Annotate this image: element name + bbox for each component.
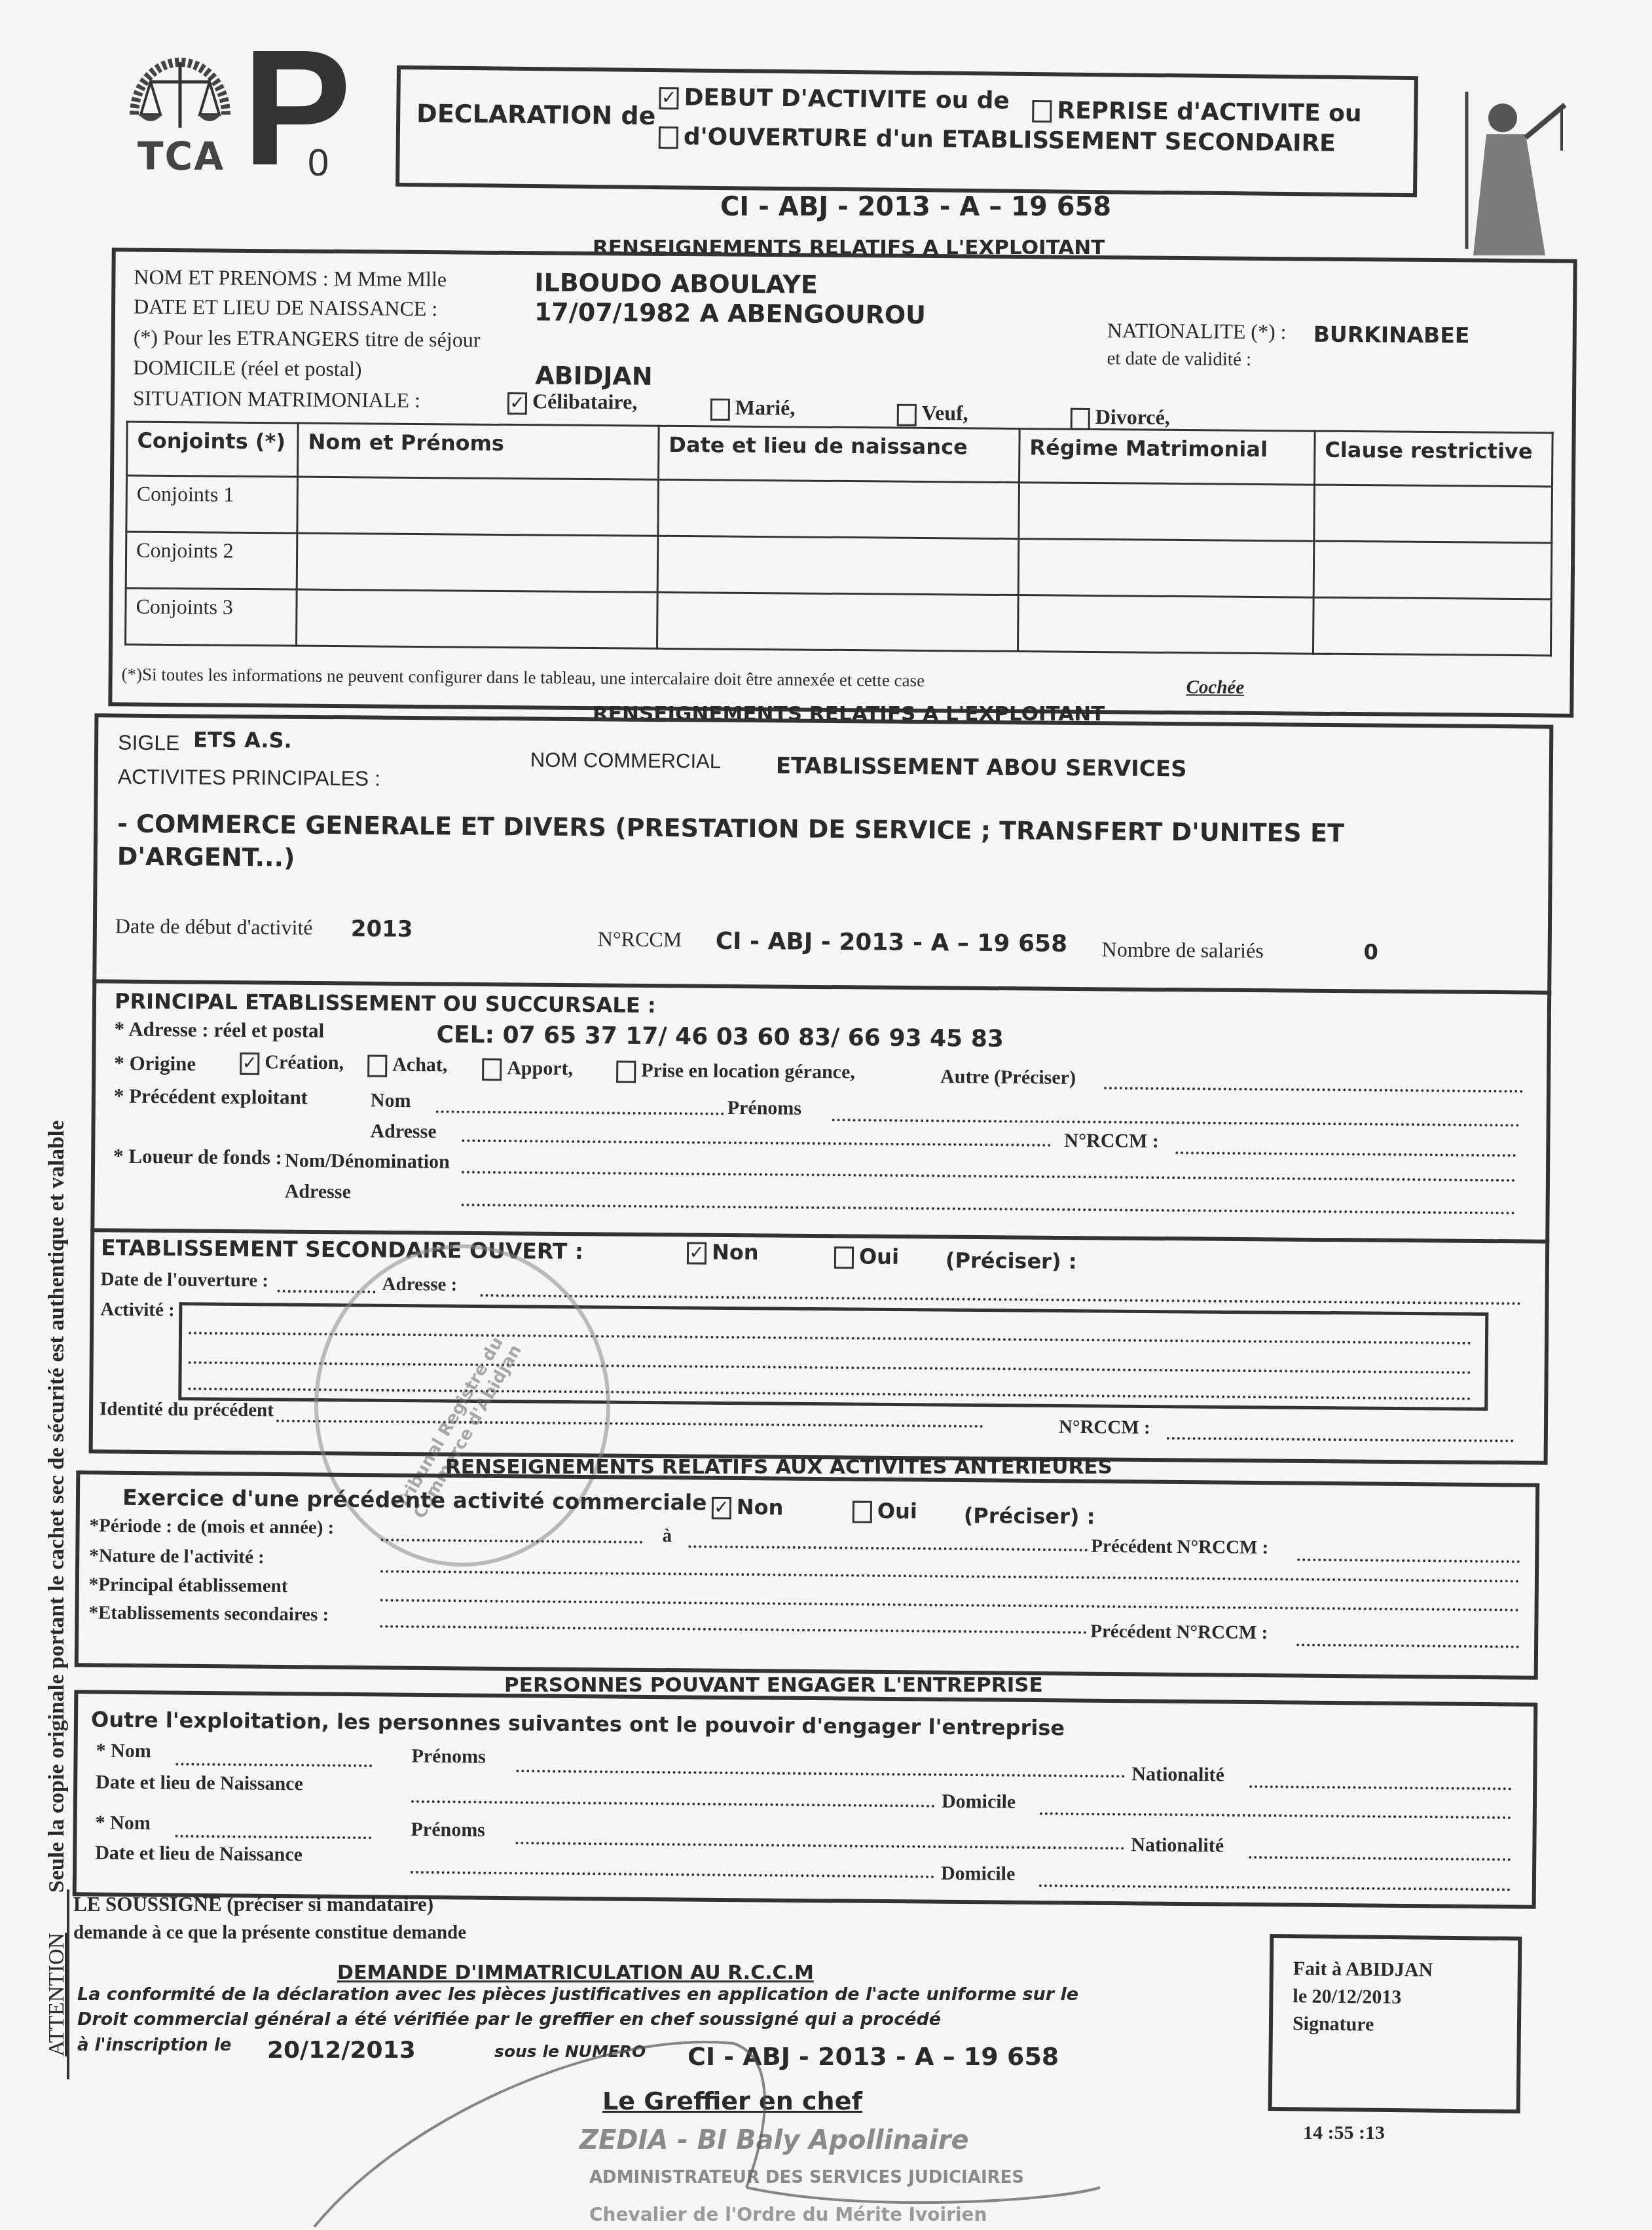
demande-label: demande à ce que la présente constitue d… [73,1922,466,1944]
col-conjoints: Conjoints (*) [127,422,299,477]
origine-achat[interactable]: Achat, [367,1054,447,1078]
checkbox-creation[interactable]: ✓ [240,1052,259,1075]
adresse-label: * Adresse : réel et postal [115,1018,325,1043]
loueur-adresse-field[interactable] [462,1204,1516,1215]
p1-domicile-field[interactable] [1040,1812,1511,1819]
row-label: Conjoints 3 [126,588,297,646]
precedent-prenoms-label: Prénoms [727,1097,802,1120]
rccm-value[interactable]: CI - ABJ - 2013 - A – 19 658 [716,928,1068,957]
principal-title: PRINCIPAL ETABLISSEMENT OU SUCCURSALE : [115,989,656,1018]
validite-label: et date de validité : [1107,348,1251,371]
secondaire-non[interactable]: ✓Non [687,1239,759,1265]
header-rccm-number: CI - ABJ - 2013 - A – 19 658 [720,192,1111,222]
nature-label: *Nature de l'activité : [89,1545,265,1568]
p1-nom-field[interactable] [175,1763,372,1768]
salaries-label: Nombre de salariés [1102,937,1264,963]
anterieures-box: Exercice d'une précédente activité comme… [75,1470,1540,1679]
activites-value-1[interactable]: - COMMERCE GENERALE ET DIVERS (PRESTATIO… [117,809,1344,848]
fait-line1: Fait à ABIDJAN [1293,1958,1433,1981]
nationalite-label: NATIONALITE (*) : [1107,318,1287,344]
conjoints-table: Conjoints (*) Nom et Prénoms Date et lie… [124,420,1554,656]
exercice-label: Exercice d'une précédente activité comme… [122,1485,707,1515]
checkbox-secondaire-non[interactable]: ✓ [687,1242,707,1264]
precedent-nom-label: Nom [371,1090,411,1112]
p2-naissance-field[interactable] [411,1871,934,1878]
naissance-label: DATE ET LIEU DE NAISSANCE : [134,294,438,321]
anterieures-non[interactable]: ✓Non [712,1495,784,1520]
precedent-rccm-field[interactable] [1175,1151,1516,1157]
loueur-adresse-label: Adresse [285,1181,351,1204]
inscription-label: à l'inscription le [77,2035,231,2055]
col-clause: Clause restrictive [1314,431,1552,487]
secondaires-field[interactable] [380,1625,1087,1633]
checkbox-divorce[interactable] [1071,407,1090,430]
origine-label: * Origine [114,1052,196,1076]
date-debut-label: Date de début d'activité [115,914,313,940]
checkbox-secondaire-oui[interactable] [834,1246,854,1269]
precedent-rccm-field-1[interactable] [1297,1559,1520,1563]
date-debut-value[interactable]: 2013 [351,916,413,942]
principal-etab-label: *Principal établissement [89,1574,288,1597]
signature-scribble [275,2017,1126,2230]
personnes-box: Outre l'exploitation, les personnes suiv… [73,1690,1538,1908]
p2-nom-label: * Nom [95,1812,150,1835]
immatriculation-title: DEMANDE D'IMMATRICULATION AU R.C.C.M [337,1961,814,1984]
precedent-prenoms-field[interactable] [832,1119,1520,1126]
precedent-nom-field[interactable] [436,1110,724,1115]
checkbox-celibataire[interactable]: ✓ [507,392,527,415]
timestamp: 14 :55 :13 [1303,2122,1385,2144]
cell[interactable] [1018,595,1313,654]
ouverture-adresse-field[interactable] [480,1294,1521,1305]
cell[interactable] [658,479,1019,538]
nom-value[interactable]: ILBOUDO ABOULAYE [534,268,818,299]
p2-prenoms-field[interactable] [515,1842,1124,1849]
checkbox-location[interactable] [616,1061,636,1083]
p2-domicile-field[interactable] [1039,1884,1511,1891]
periode-a-label: à [662,1525,672,1547]
option-ouverture[interactable]: d'OUVERTURE d'un ETABLISSEMENT SECONDAIR… [659,123,1336,157]
situation-celibataire[interactable]: ✓Célibataire, [507,389,638,415]
loueur-label: * Loueur de fonds : [113,1145,282,1170]
option-debut[interactable]: ✓DEBUT D'ACTIVITE ou de [659,84,1010,115]
precedent-rccm-label-1: Précédent N°RCCM : [1091,1536,1268,1559]
precedent-adresse-field[interactable] [462,1140,1051,1147]
fait-line2: le 20/12/2013 [1293,1985,1401,2009]
declaration-label: DECLARATION de [416,99,656,130]
situation-divorce[interactable]: Divorcé, [1071,405,1170,431]
adresse-value[interactable]: CEL: 07 65 37 17/ 46 03 60 83/ 66 93 45 … [436,1021,1004,1052]
cell[interactable] [297,589,658,648]
origine-creation[interactable]: ✓Création, [240,1051,344,1075]
sidebar-notice: Seule la copie originale portant le cach… [45,1121,69,1893]
domicile-value[interactable]: ABIDJAN [535,361,653,390]
personnes-title: PERSONNES POUVANT ENGAGER L'ENTREPRISE [504,1673,1043,1697]
anterieures-preciser: (Préciser) : [964,1503,1095,1529]
activite-label: Activité : [100,1299,175,1321]
sigle-value[interactable]: ETS A.S. [193,727,292,753]
origine-location[interactable]: Prise en location gérance, [616,1060,855,1085]
p2-prenoms-label: Prénoms [411,1819,485,1842]
cell[interactable] [1313,541,1552,599]
p1-nom-label: * Nom [96,1740,151,1763]
secondaire-oui[interactable]: Oui [834,1244,899,1269]
lady-justice-icon [1454,92,1578,262]
situation-marie[interactable]: Marié, [710,395,796,421]
checkbox-marie[interactable] [710,398,730,420]
activite-box: SIGLE ETS A.S. NOM COMMERCIAL ETABLISSEM… [89,713,1554,1464]
cell[interactable] [1019,483,1315,542]
p2-naissance-label: Date et lieu de Naissance [95,1842,303,1867]
checkbox-apport[interactable] [482,1058,502,1081]
denomination-label: Nom/Dénomination [285,1150,450,1174]
situation-veuf[interactable]: Veuf, [897,401,968,427]
checkbox-achat[interactable] [367,1055,387,1077]
secondaire-rccm-label: N°RCCM : [1059,1417,1150,1439]
conjoints-footnote: (*)Si toutes les informations ne peuvent… [122,664,925,691]
principal-etab-field[interactable] [380,1599,1520,1611]
checkbox-anterieures-non[interactable]: ✓ [712,1497,731,1519]
table-row: Conjoints 3 [126,588,1552,656]
secondaire-preciser: (Préciser) : [945,1248,1077,1274]
secondaire-rccm-field[interactable] [1167,1437,1514,1442]
col-regime: Régime Matrimonial [1019,429,1315,485]
signature-box[interactable]: Fait à ABIDJAN le 20/12/2013 Signature [1268,1934,1522,2113]
checkbox-anterieures-oui[interactable] [853,1501,872,1523]
declaration-box: DECLARATION de ✓DEBUT D'ACTIVITE ou de R… [395,65,1418,197]
precedent-rccm-label: N°RCCM : [1064,1130,1159,1153]
situation-label: SITUATION MATRIMONIALE : [133,386,420,412]
cell[interactable] [1018,539,1314,598]
cell[interactable] [1314,485,1552,543]
loueur-nom-field[interactable] [462,1171,1516,1182]
ouverture-date-label: Date de l'ouverture : [101,1269,269,1292]
anterieures-oui[interactable]: Oui [853,1498,917,1524]
periode-a-field[interactable] [688,1545,1088,1551]
checkbox-veuf[interactable] [897,403,917,426]
periode-label: *Période : de (mois et année) : [89,1515,334,1538]
court-logo: TCA [124,36,236,180]
cell[interactable] [297,477,659,536]
nom-label: NOM ET PRENOMS : M Mme Mlle [134,265,447,291]
p2-nationalite-field[interactable] [1249,1856,1511,1861]
row-label: Conjoints 2 [126,532,297,589]
form-code: P [242,26,352,190]
origine-apport[interactable]: Apport, [482,1057,573,1081]
soussigne-label: LE SOUSSIGNE (préciser si mandataire) [73,1893,433,1916]
p1-nationalite-label: Nationalité [1131,1763,1224,1786]
nom-commercial-value[interactable]: ETABLISSEMENT ABOU SERVICES [776,753,1187,782]
etrangers-label: (*) Pour les ETRANGERS titre de séjour [134,325,481,352]
autre-label: Autre (Préciser) [940,1066,1076,1089]
p1-nationalite-field[interactable] [1249,1785,1511,1790]
nature-field[interactable] [380,1570,1520,1582]
row-label: Conjoints 1 [126,475,298,533]
p2-domicile-label: Domicile [941,1863,1016,1886]
nom-commercial-label: NOM COMMERCIAL [530,748,721,773]
cell[interactable] [657,592,1019,651]
conformite-line1: La conformité de la déclaration avec les… [77,1984,1078,2005]
checkbox-ouverture[interactable] [659,126,678,149]
form-code-sub: 0 [308,141,329,185]
exploitant-box: NOM ET PRENOMS : M Mme Mlle ILBOUDO ABOU… [108,248,1577,718]
activites-label: ACTIVITES PRINCIPALES : [118,765,381,791]
cochee-label: Cochée [1186,677,1244,699]
rccm-label: N°RCCM [598,927,682,952]
p1-prenoms-field[interactable] [516,1770,1125,1777]
naissance-value[interactable]: 17/07/1982 A ABENGOUROU [534,297,926,329]
col-nom: Nom et Prénoms [298,423,659,479]
cell[interactable] [1313,597,1551,656]
sidebar-attention: ATTENTION [45,1933,69,2056]
nationalite-value[interactable]: BURKINABEE [1313,322,1470,348]
option-reprise[interactable]: REPRISE d'ACTIVITE ou [1032,97,1362,127]
domicile-label: DOMICILE (réel et postal) [133,355,361,381]
periode-de-field[interactable] [380,1538,642,1543]
precedent-rccm-field-2[interactable] [1296,1644,1519,1648]
p1-naissance-field[interactable] [411,1800,935,1808]
autre-field[interactable] [1104,1087,1523,1092]
personnes-intro: Outre l'exploitation, les personnes suiv… [91,1707,1065,1740]
p2-nom-field[interactable] [175,1835,371,1840]
cell[interactable] [297,533,658,592]
checkbox-reprise[interactable] [1032,100,1052,122]
p1-naissance-label: Date et lieu de Naissance [96,1772,303,1796]
p1-prenoms-label: Prénoms [411,1745,486,1768]
secondaires-label: *Etablissements secondaires : [88,1602,329,1626]
precedent-adresse-label: Adresse [370,1121,436,1143]
identite-label: Identité du précédent [100,1398,274,1421]
precedent-label: * Précédent exploitant [114,1085,308,1109]
fait-line3: Signature [1293,2013,1374,2035]
p1-domicile-label: Domicile [942,1791,1016,1813]
checkbox-debut[interactable]: ✓ [659,87,678,109]
col-date: Date et lieu de naissance [659,426,1020,482]
activites-value-2[interactable]: D'ARGENT...) [117,842,295,872]
salaries-value[interactable]: 0 [1364,940,1379,965]
p2-nationalite-label: Nationalité [1131,1834,1224,1857]
sigle-label: SIGLE [118,731,180,756]
cell[interactable] [657,536,1019,595]
precedent-rccm-label-2: Précédent N°RCCM : [1090,1621,1268,1644]
logo-initials: TCA [138,134,225,179]
